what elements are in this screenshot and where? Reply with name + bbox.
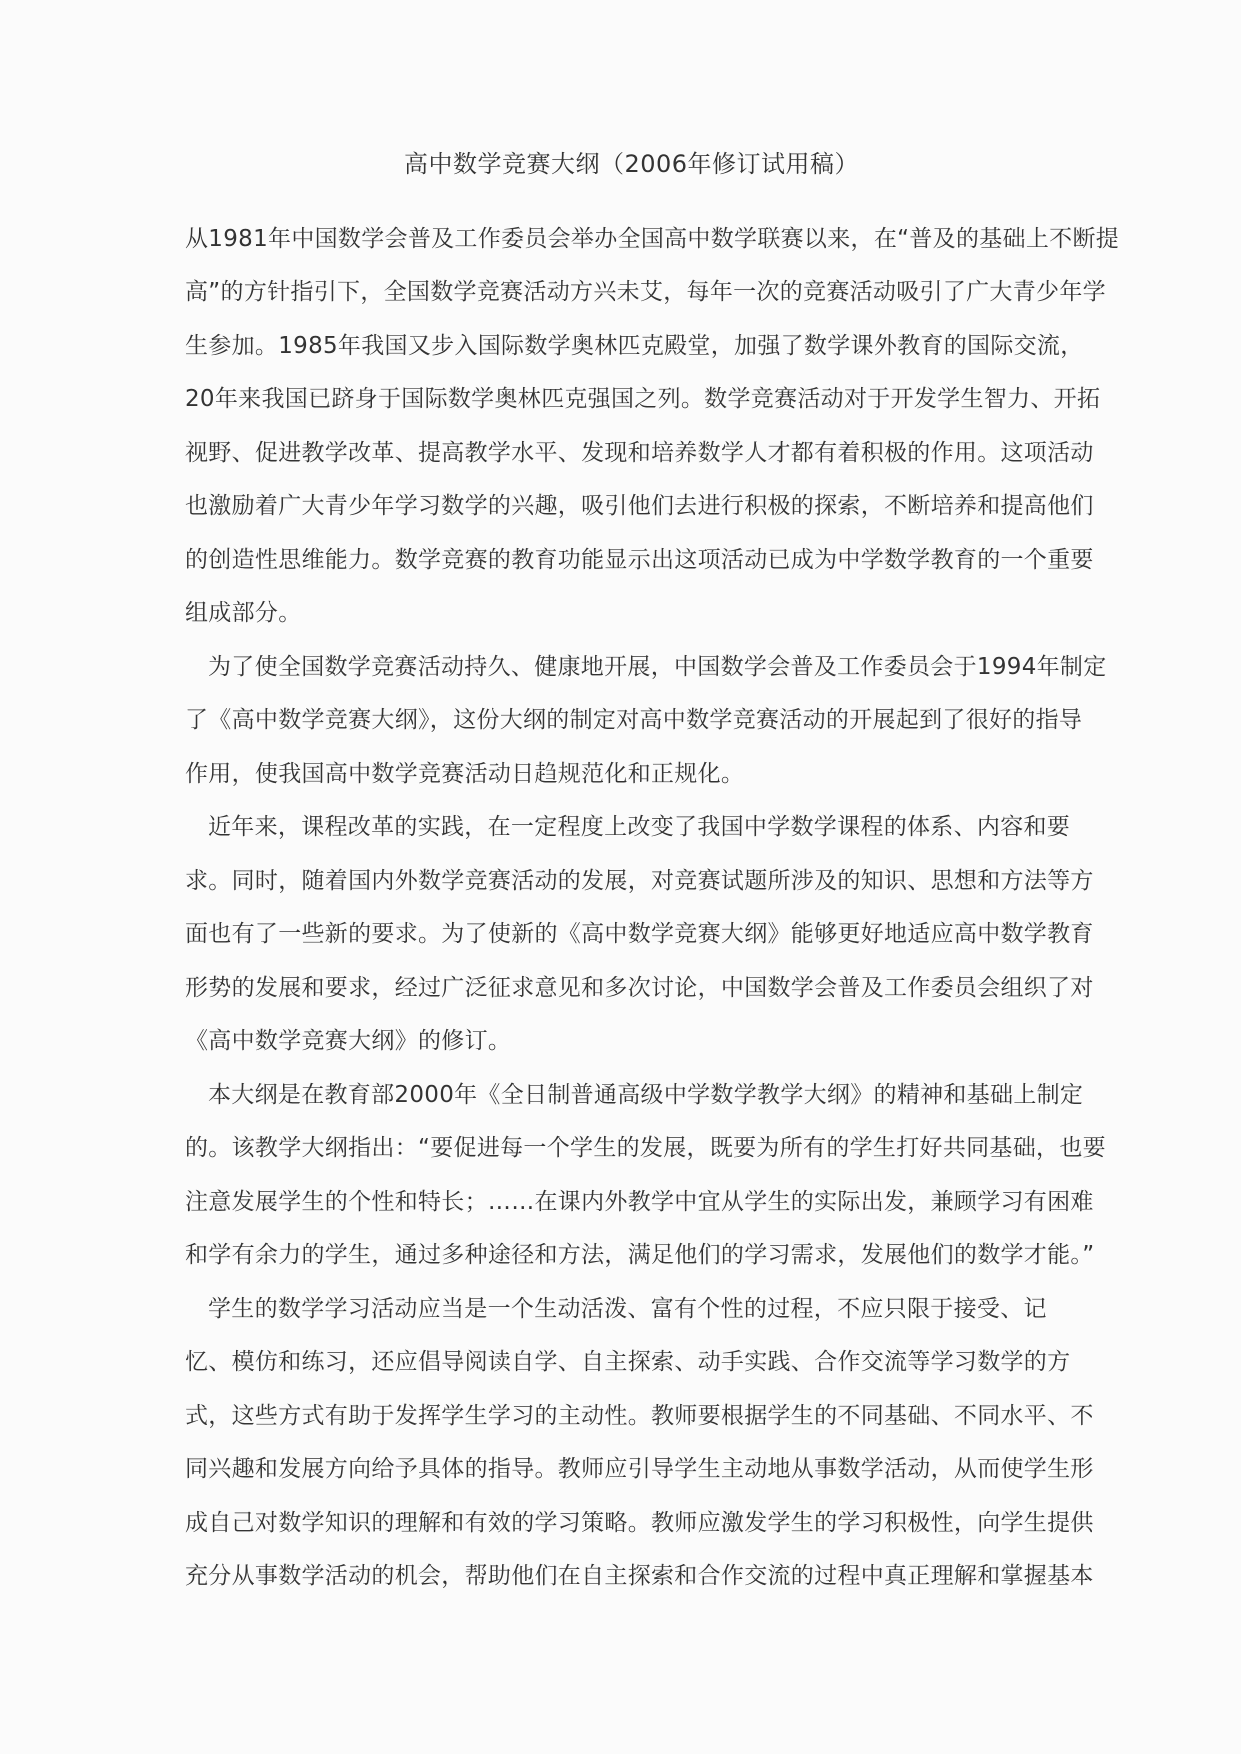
text-line: 的创造性思维能力。数学竞赛的教育功能显示出这项活动已成为中学数学教育的一个重要	[185, 534, 1078, 588]
document-body: 从1981年中国数学会普及工作委员会举办全国高中数学联赛以来，在“普及的基础上不…	[185, 213, 1078, 1604]
text-line: 注意发展学生的个性和特长；……在课内外教学中宜从学生的实际出发，兼顾学习有困难	[185, 1176, 1078, 1230]
text-line: 20年来我国已跻身于国际数学奥林匹克强国之列。数学竞赛活动对于开发学生智力、开拓	[185, 373, 1078, 427]
text-line: 形势的发展和要求，经过广泛征求意见和多次讨论，中国数学会普及工作委员会组织了对	[185, 962, 1078, 1016]
text-line: 也激励着广大青少年学习数学的兴趣，吸引他们去进行积极的探索，不断培养和提高他们	[185, 480, 1078, 534]
text-line: 面也有了一些新的要求。为了使新的《高中数学竞赛大纲》能够更好地适应高中数学教育	[185, 908, 1078, 962]
paragraph: 本大纲是在教育部2000年《全日制普通高级中学数学教学大纲》的精神和基础上制定的…	[185, 1069, 1078, 1283]
document-content: 高中数学竞赛大纲（2006年修订试用稿） 从1981年中国数学会普及工作委员会举…	[185, 138, 1078, 1604]
text-line: 成自己对数学知识的理解和有效的学习策略。教师应激发学生的学习积极性，向学生提供	[185, 1497, 1078, 1551]
text-line: 的。该教学大纲指出：“要促进每一个学生的发展，既要为所有的学生打好共同基础，也要	[185, 1122, 1078, 1176]
text-line: 同兴趣和发展方向给予具体的指导。教师应引导学生主动地从事数学活动，从而使学生形	[185, 1443, 1078, 1497]
document-title: 高中数学竞赛大纲（2006年修订试用稿）	[185, 138, 1078, 192]
text-line: 为了使全国数学竞赛活动持久、健康地开展，中国数学会普及工作委员会于1994年制定	[185, 641, 1078, 695]
text-line: 《高中数学竞赛大纲》的修订。	[185, 1015, 1078, 1069]
text-line: 充分从事数学活动的机会，帮助他们在自主探索和合作交流的过程中真正理解和掌握基本	[185, 1550, 1078, 1604]
text-line: 学生的数学学习活动应当是一个生动活泼、富有个性的过程，不应只限于接受、记	[185, 1283, 1078, 1337]
text-line: 忆、模仿和练习，还应倡导阅读自学、自主探索、动手实践、合作交流等学习数学的方	[185, 1336, 1078, 1390]
text-line: 视野、促进教学改革、提高教学水平、发现和培养数学人才都有着积极的作用。这项活动	[185, 427, 1078, 481]
paragraph: 从1981年中国数学会普及工作委员会举办全国高中数学联赛以来，在“普及的基础上不…	[185, 213, 1078, 641]
text-line: 组成部分。	[185, 587, 1078, 641]
text-line: 近年来，课程改革的实践，在一定程度上改变了我国中学数学课程的体系、内容和要	[185, 801, 1078, 855]
text-line: 本大纲是在教育部2000年《全日制普通高级中学数学教学大纲》的精神和基础上制定	[185, 1069, 1078, 1123]
text-line: 式，这些方式有助于发挥学生学习的主动性。教师要根据学生的不同基础、不同水平、不	[185, 1390, 1078, 1444]
text-line: 从1981年中国数学会普及工作委员会举办全国高中数学联赛以来，在“普及的基础上不…	[185, 213, 1078, 267]
document-page: 高中数学竞赛大纲（2006年修订试用稿） 从1981年中国数学会普及工作委员会举…	[0, 0, 1241, 1754]
text-line: 和学有余力的学生，通过多种途径和方法，满足他们的学习需求，发展他们的数学才能。”	[185, 1229, 1078, 1283]
paragraph: 为了使全国数学竞赛活动持久、健康地开展，中国数学会普及工作委员会于1994年制定…	[185, 641, 1078, 802]
text-line: 求。同时，随着国内外数学竞赛活动的发展，对竞赛试题所涉及的知识、思想和方法等方	[185, 855, 1078, 909]
text-line: 了《高中数学竞赛大纲》，这份大纲的制定对高中数学竞赛活动的开展起到了很好的指导	[185, 694, 1078, 748]
text-line: 生参加。1985年我国又步入国际数学奥林匹克殿堂，加强了数学课外教育的国际交流，	[185, 320, 1078, 374]
text-line: 高”的方针指引下，全国数学竞赛活动方兴未艾，每年一次的竞赛活动吸引了广大青少年学	[185, 266, 1078, 320]
paragraph: 近年来，课程改革的实践，在一定程度上改变了我国中学数学课程的体系、内容和要求。同…	[185, 801, 1078, 1069]
paragraph: 学生的数学学习活动应当是一个生动活泼、富有个性的过程，不应只限于接受、记忆、模仿…	[185, 1283, 1078, 1604]
text-line: 作用，使我国高中数学竞赛活动日趋规范化和正规化。	[185, 748, 1078, 802]
